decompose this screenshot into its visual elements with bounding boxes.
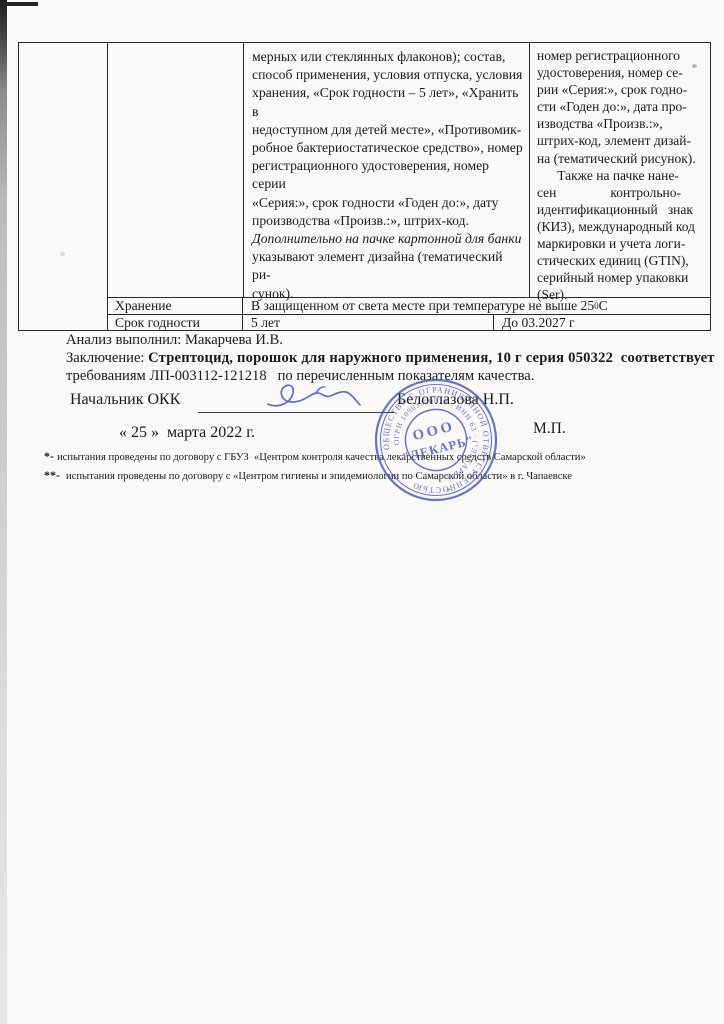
stamp-outer-ring-text: ОБЩЕСТВО С ОГРАНИЧЕННОЙ ОТВЕТСТВЕННОСТЬЮ xyxy=(370,374,502,506)
svg-text:ОБЩЕСТВО С ОГРАНИЧЕННОЙ ОТВЕТС: ОБЩЕСТВО С ОГРАНИЧЕННОЙ ОТВЕТСТВЕННОСТЬЮ xyxy=(370,374,502,506)
date-line: « 25 » марта 2022 г. xyxy=(119,424,255,442)
footnote-1-marker: *- xyxy=(44,449,57,463)
scan-edge-shadow xyxy=(0,0,7,1024)
shelf-life-label: Срок годности xyxy=(108,315,243,331)
storage-label: Хранение xyxy=(108,298,243,314)
storage-value-text: В защищенном от света месте при температ… xyxy=(251,298,594,314)
company-round-stamp: ОБЩЕСТВО С ОГРАНИЧЕННОЙ ОТВЕТСТВЕННОСТЬЮ… xyxy=(356,360,516,520)
scan-edge-corner-mark xyxy=(0,2,38,6)
analyst-line: Анализ выполнил: Макарчева И.В. xyxy=(66,332,283,349)
scanned-document-page: мерных или стеклянных флаконов); состав,… xyxy=(0,0,724,1024)
marking-description-cell: номер регистрационного удостоверения, но… xyxy=(530,43,710,297)
packaging-description-text-tail: указывают элемент дизайна (тематический … xyxy=(252,248,523,303)
storage-value: В защищенном от света месте при температ… xyxy=(243,298,710,314)
conclusion-label: Заключение: xyxy=(66,350,148,366)
specification-table: мерных или стеклянных флаконов); состав,… xyxy=(18,42,711,331)
shelf-life-value: 5 лет xyxy=(243,315,494,331)
packaging-description-cell: мерных или стеклянных флаконов); состав,… xyxy=(244,43,530,297)
footnote-2-marker: **- xyxy=(44,468,66,482)
table-column-index-empty xyxy=(19,43,108,330)
storage-value-unit: С xyxy=(599,298,608,314)
seal-place-mark: М.П. xyxy=(533,420,566,438)
shelf-life-until: До 03.2027 г xyxy=(494,315,710,331)
position-title: Начальник ОКК xyxy=(70,391,180,409)
stamp-icon: ОБЩЕСТВО С ОГРАНИЧЕННОЙ ОТВЕТСТВЕННОСТЬЮ… xyxy=(356,360,516,520)
packaging-description-text: мерных или стеклянных флаконов); состав,… xyxy=(252,48,523,230)
storage-row: Хранение В защищенном от света месте при… xyxy=(108,297,710,314)
table-column-parameter-empty xyxy=(108,43,244,297)
packaging-description-italic-note: Дополнительно на пачке картонной для бан… xyxy=(252,230,523,248)
marking-description-text: номер регистрационного удостоверения, но… xyxy=(537,47,705,303)
shelf-life-row: Срок годности 5 лет До 03.2027 г xyxy=(108,314,710,331)
